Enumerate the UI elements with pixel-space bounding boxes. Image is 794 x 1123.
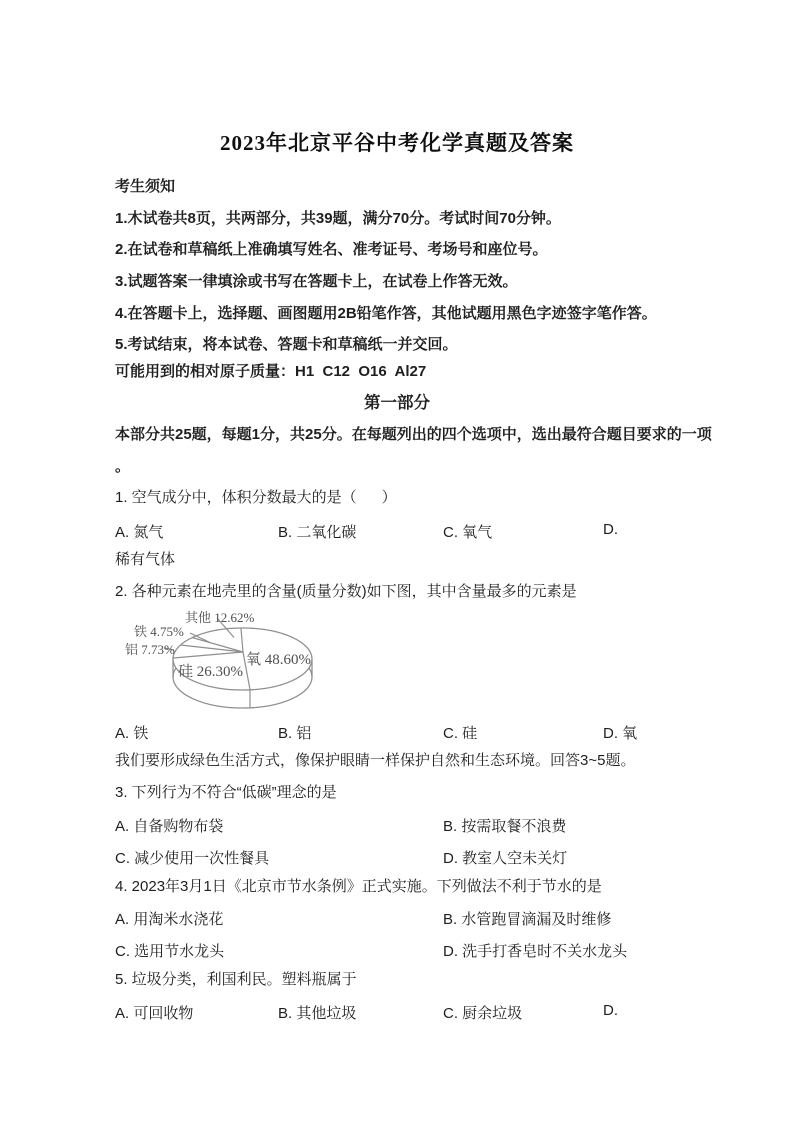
q4-option-b: B. 水管跑冒滴漏及时维修 (443, 908, 611, 929)
q4-option-c: C. 选用节水龙头 (115, 940, 224, 961)
q3-option-a: A. 自备购物布袋 (115, 815, 223, 836)
q1-option-a: A. 氮气 (115, 521, 163, 542)
section-intro: 本部分共25题，每题1分，共25分。在每题列出的四个选项中，选出最符合题目要求的… (115, 426, 712, 444)
notice-heading: 考生须知 (115, 178, 175, 196)
question-stem-3: 3. 下列行为不符合“低碳”理念的是 (115, 784, 337, 802)
q1-option-d-overflow: 稀有气体 (115, 551, 175, 569)
question-stem-5: 5. 垃圾分类，利国利民。塑料瓶属于 (115, 971, 357, 989)
q3-option-c: C. 减少使用一次性餐具 (115, 847, 269, 868)
notice-line-3: 3.试题答案一律填涂或书写在答题卡上，在试卷上作答无效。 (115, 273, 518, 291)
q1-option-b: B. 二氧化碳 (278, 521, 356, 542)
pie-label-iron: 铁 4.75% (134, 621, 184, 640)
q2-option-c: C. 硅 (443, 722, 477, 743)
pie-label-oxygen: 氧 48.60% (246, 648, 311, 669)
page-title: 2023年北京平谷中考化学真题及答案 (0, 131, 794, 156)
q4-option-d: D. 洗手打香皂时不关水龙头 (443, 940, 627, 961)
q1-option-d: D. (603, 521, 618, 538)
q2-option-d: D. 氧 (603, 722, 637, 743)
exam-document: 2023年北京平谷中考化学真题及答案 考生须知 1.木试卷共8页，共两部分，共3… (0, 0, 794, 1123)
notice-line-2: 2.在试卷和草稿纸上准确填写姓名、准考证号、考场号和座位号。 (115, 241, 548, 259)
section-title: 第一部分 (0, 394, 794, 414)
notice-line-5: 5.考试结束，将本试卷、答题卡和草稿纸一并交回。 (115, 336, 458, 354)
q5-option-d: D. (603, 1002, 618, 1019)
section-intro-overflow: 。 (115, 458, 130, 476)
q2-option-b: B. 铝 (278, 722, 311, 743)
q3-option-b: B. 按需取餐不浪费 (443, 815, 566, 836)
notice-line-4: 4.在答题卡上，选择题、画图题用2B铅笔作答，其他试题用黑色字迹签字笔作答。 (115, 305, 657, 323)
atomic-mass-line: 可能用到的相对原子质量：H1 C12 O16 Al27 (115, 363, 426, 381)
pie-label-silicon: 硅 26.30% (178, 660, 243, 681)
question-stem-1: 1. 空气成分中，体积分数最大的是（ ） (115, 489, 397, 507)
q5-option-a: A. 可回收物 (115, 1002, 193, 1023)
q1-option-c: C. 氧气 (443, 521, 492, 542)
q3-option-d: D. 教室人空未关灯 (443, 847, 567, 868)
q2-option-a: A. 铁 (115, 722, 148, 743)
q5-option-c: C. 厨余垃圾 (443, 1002, 522, 1023)
notice-line-1: 1.木试卷共8页，共两部分，共39题，满分70分。考试时间70分钟。 (115, 210, 561, 228)
q5-option-b: B. 其他垃圾 (278, 1002, 356, 1023)
q4-option-a: A. 用淘米水浇花 (115, 908, 223, 929)
pie-label-other: 其他 12.62% (185, 607, 254, 626)
interlude-text: 我们要形成绿色生活方式，像保护眼睛一样保护自然和生态环境。回答3~5题。 (115, 752, 635, 770)
question-stem-4: 4. 2023年3月1日《北京市节水条例》正式实施。下列做法不利于节水的是 (115, 878, 602, 896)
pie-label-aluminum: 铝 7.73% (125, 639, 175, 658)
